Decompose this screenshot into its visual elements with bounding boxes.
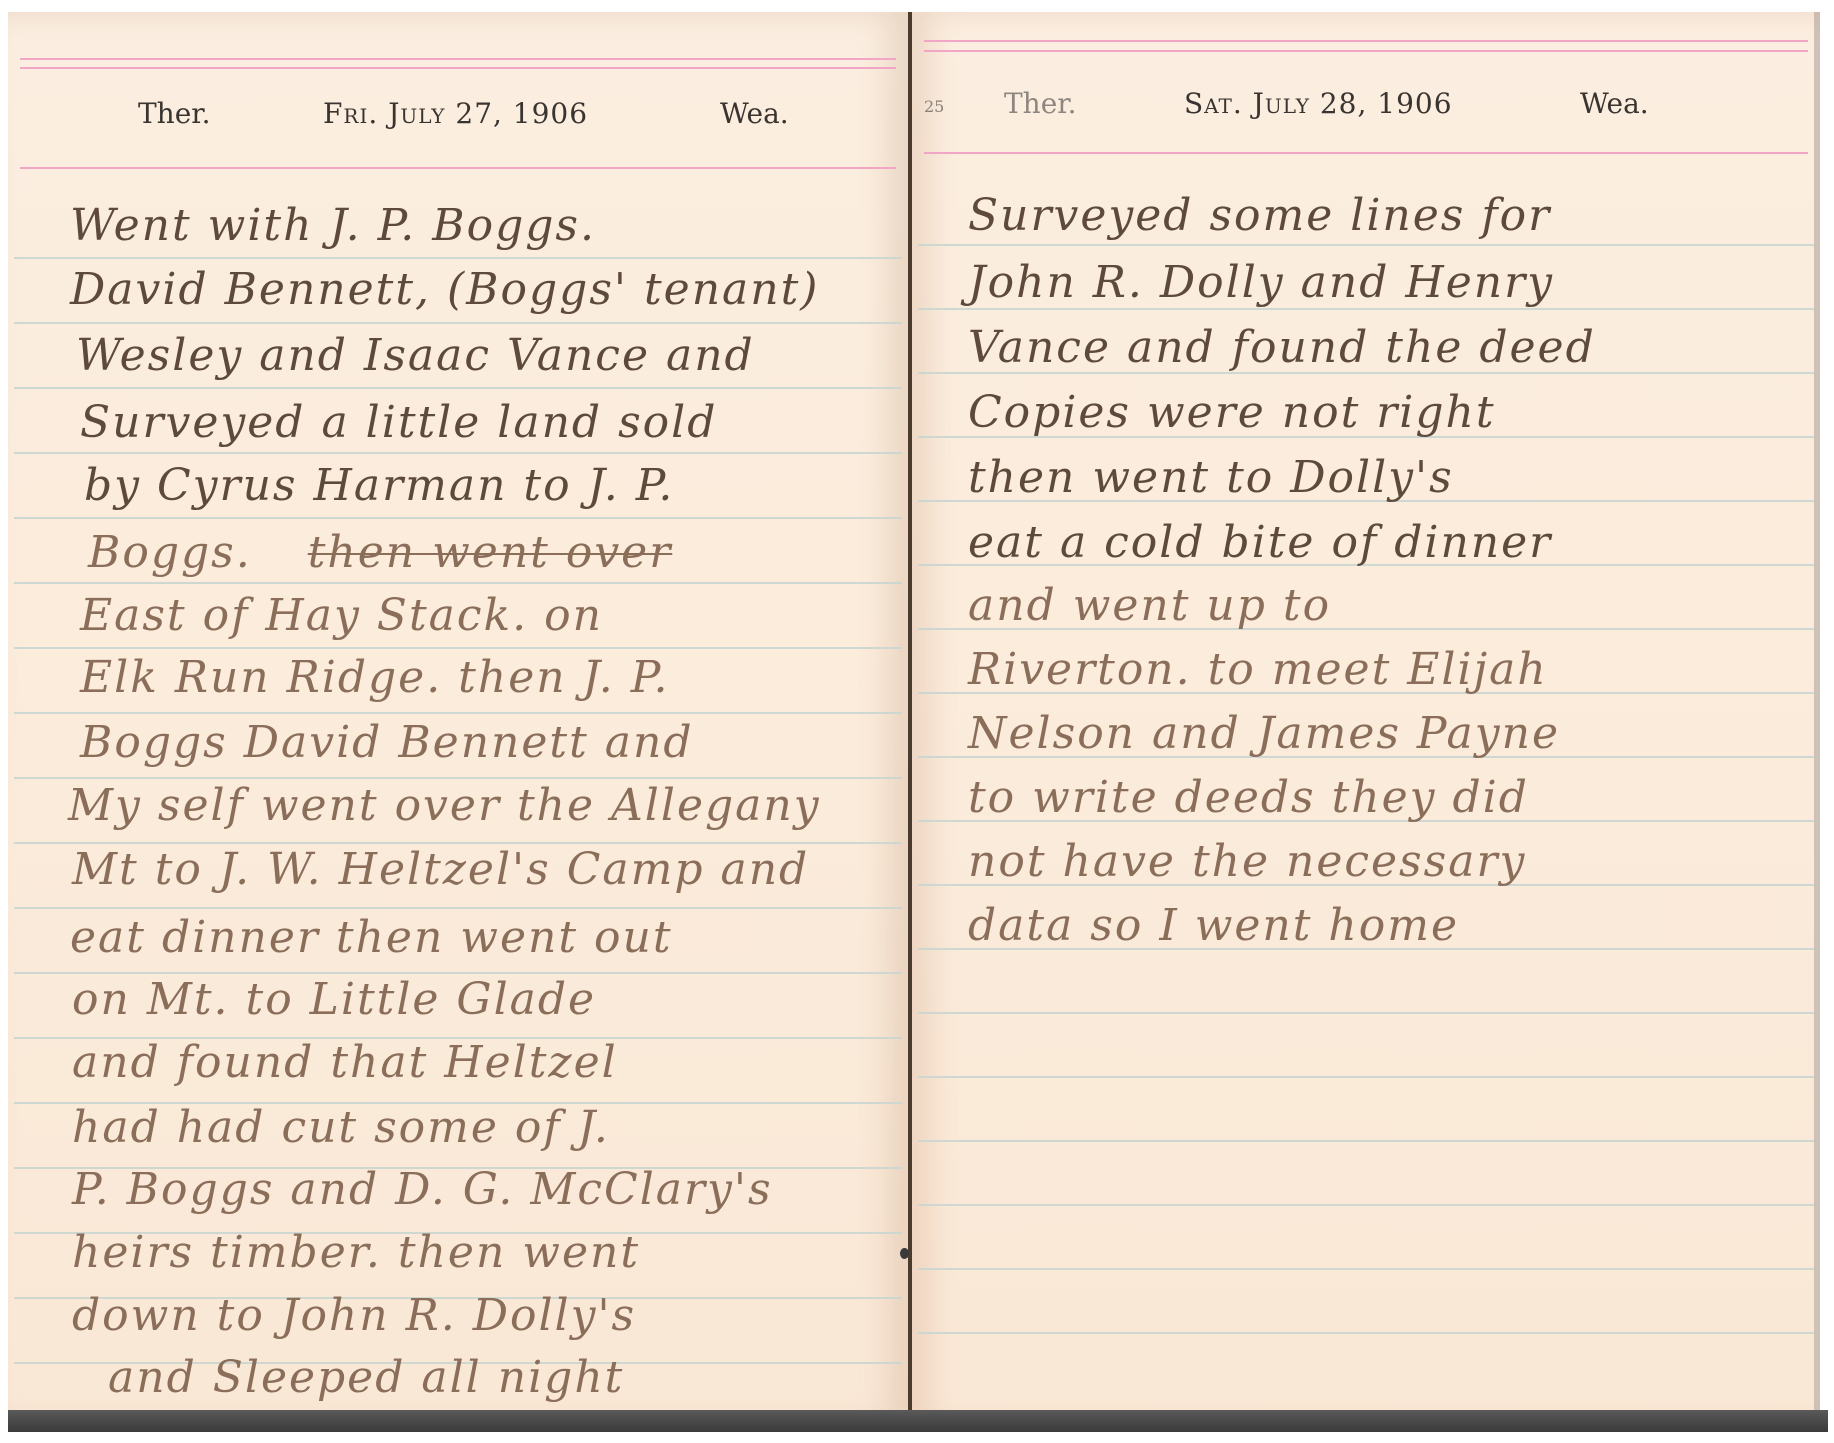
diary-scan: Ther. Fri. July 27, 1906 Wea. Went with … xyxy=(0,0,1834,1443)
handwritten-line: Nelson and James Payne xyxy=(968,708,1560,759)
handwritten-line: and Sleeped all night xyxy=(108,1352,624,1403)
handwritten-line: Went with J. P. Boggs. xyxy=(70,200,596,251)
handwritten-line: Riverton. to meet Elijah xyxy=(968,644,1548,695)
handwritten-line: Vance and found the deed xyxy=(968,322,1596,373)
handwritten-line: My self went over the Allegany xyxy=(68,780,821,831)
handwritten-line: and went up to xyxy=(968,580,1331,631)
binding-stitch xyxy=(900,1248,909,1259)
handwritten-line: down to John R. Dolly's xyxy=(72,1290,636,1341)
handwritten-line: East of Hay Stack. on xyxy=(80,590,603,641)
handwritten-line: eat a cold bite of dinner xyxy=(968,517,1552,568)
handwritten-line: Wesley and Isaac Vance and xyxy=(76,330,755,381)
book-bottom-edge xyxy=(8,1410,1828,1432)
handwritten-line: Elk Run Ridge. then J. P. xyxy=(80,652,669,703)
left-handwriting: Went with J. P. Boggs. David Bennett, (B… xyxy=(8,12,908,1424)
handwritten-line: had had cut some of J. xyxy=(72,1102,610,1153)
handwritten-line: Surveyed a little land sold xyxy=(80,397,717,448)
handwritten-line: Surveyed some lines for xyxy=(968,190,1551,241)
handwritten-line: Boggs. then went over xyxy=(88,527,672,578)
handwritten-line: Boggs David Bennett and xyxy=(80,717,694,768)
right-handwriting: Surveyed some lines for John R. Dolly an… xyxy=(912,12,1820,1424)
handwritten-line: heirs timber. then went xyxy=(72,1227,640,1278)
handwritten-line: John R. Dolly and Henry xyxy=(968,257,1554,308)
handwritten-line: to write deeds they did xyxy=(968,772,1529,823)
handwritten-line: Copies were not right xyxy=(968,387,1496,438)
handwritten-line: and found that Heltzel xyxy=(72,1037,618,1088)
right-page: 25 Ther. Sat. July 28, 1906 Wea. Surveye… xyxy=(912,12,1820,1424)
handwritten-word: Boggs. xyxy=(88,527,252,578)
struck-text: then went over xyxy=(308,527,673,578)
handwritten-line: Mt to J. W. Heltzel's Camp and xyxy=(72,844,809,895)
handwritten-line: on Mt. to Little Glade xyxy=(72,974,596,1025)
handwritten-line: not have the necessary xyxy=(968,836,1526,887)
handwritten-line: David Bennett, (Boggs' tenant) xyxy=(70,264,819,315)
handwritten-line: P. Boggs and D. G. McClary's xyxy=(72,1164,773,1215)
left-page: Ther. Fri. July 27, 1906 Wea. Went with … xyxy=(8,12,912,1424)
handwritten-line: eat dinner then went out xyxy=(70,912,673,963)
handwritten-line: then went to Dolly's xyxy=(968,452,1454,503)
handwritten-line: data so I went home xyxy=(968,900,1459,951)
handwritten-line: by Cyrus Harman to J. P. xyxy=(84,460,674,511)
